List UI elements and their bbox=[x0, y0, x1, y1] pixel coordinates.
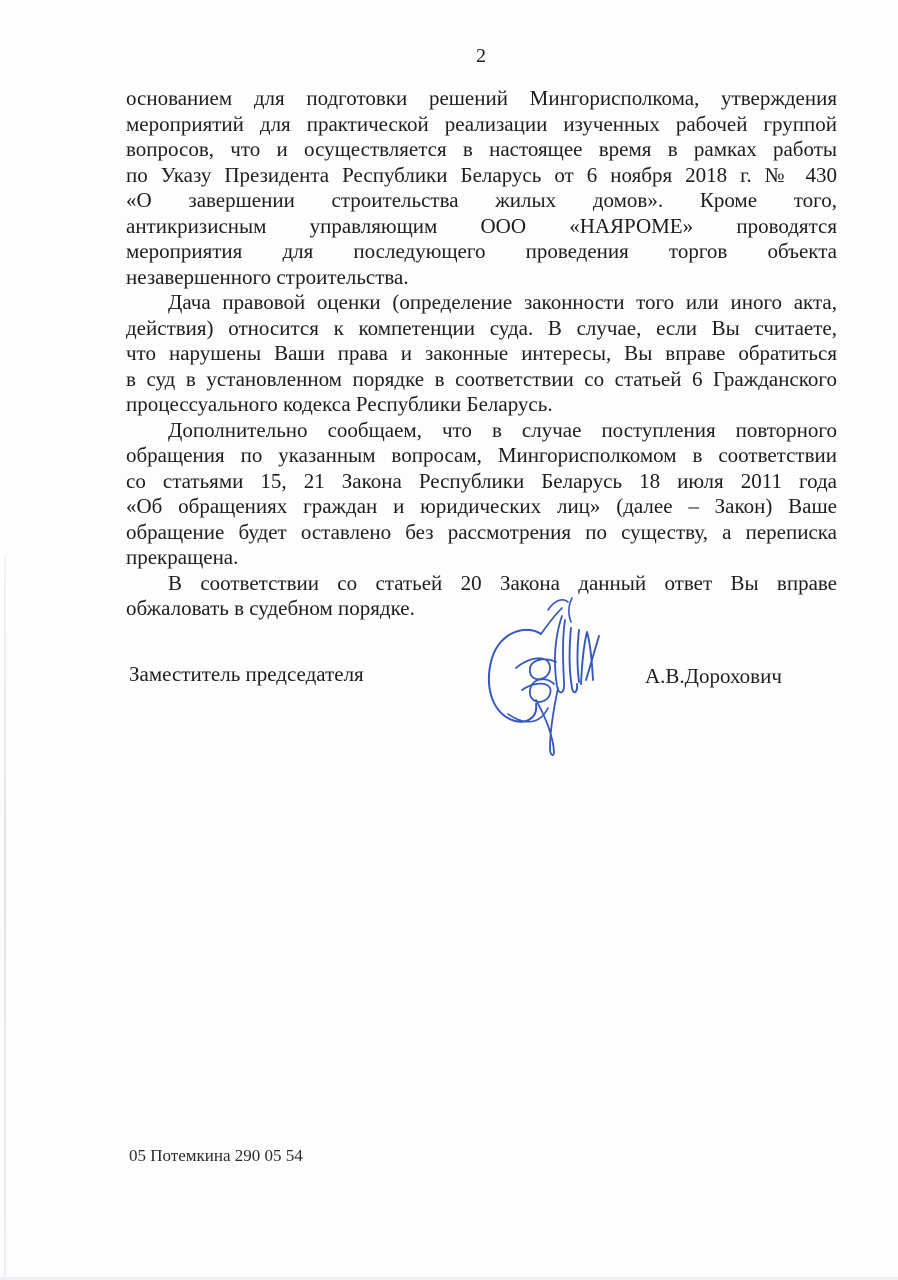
executor-footer-note: 05 Потемкина 290 05 54 bbox=[129, 1146, 303, 1166]
text-line: прекращена. bbox=[126, 545, 837, 571]
text-line: «Об обращениях граждан и юридических лиц… bbox=[126, 494, 837, 520]
text-line: действия) относится к компетенции суда. … bbox=[126, 316, 837, 342]
text-line: обращение будет оставлено без рассмотрен… bbox=[126, 520, 837, 546]
signer-name: А.В.Дорохович bbox=[645, 664, 782, 689]
text-line: Дополнительно сообщаем, что в случае пос… bbox=[126, 418, 837, 444]
text-line: Дача правовой оценки (определение законн… bbox=[126, 290, 837, 316]
scan-artifact-left-edge bbox=[4, 556, 6, 1280]
text-line: основанием для подготовки решений Мингор… bbox=[126, 86, 837, 112]
text-line: антикризисным управляющим ООО «НАЯРОМЕ» … bbox=[126, 214, 837, 240]
text-line: что нарушены Ваши права и законные интер… bbox=[126, 341, 837, 367]
text-line: обращения по указанным вопросам, Мингори… bbox=[126, 443, 837, 469]
handwritten-signature-icon bbox=[478, 596, 608, 766]
page-number: 2 bbox=[126, 45, 837, 68]
text-line: по Указу Президента Республики Беларусь … bbox=[126, 163, 837, 189]
text-line: в суд в установленном порядке в соответс… bbox=[126, 367, 837, 393]
text-line: со статьями 15, 21 Закона Республики Бел… bbox=[126, 469, 837, 495]
paragraph: основанием для подготовки решений Мингор… bbox=[126, 86, 837, 290]
scanned-letter-page: 2 основанием для подготовки решений Минг… bbox=[0, 0, 898, 1280]
letter-body: основанием для подготовки решений Мингор… bbox=[126, 86, 837, 622]
text-line: вопросов, что и осуществляется в настоящ… bbox=[126, 137, 837, 163]
text-line: мероприятий для практической реализации … bbox=[126, 112, 837, 138]
paragraph: Дополнительно сообщаем, что в случае пос… bbox=[126, 418, 837, 571]
text-line: «О завершении строительства жилых домов»… bbox=[126, 188, 837, 214]
text-line: процессуального кодекса Республики Белар… bbox=[126, 392, 837, 418]
signer-position-title: Заместитель председателя bbox=[129, 662, 364, 687]
text-line: мероприятия для последующего проведения … bbox=[126, 239, 837, 265]
paragraph: Дача правовой оценки (определение законн… bbox=[126, 290, 837, 418]
text-line: В соответствии со статьей 20 Закона данн… bbox=[126, 571, 837, 597]
text-line: незавершенного строительства. bbox=[126, 265, 837, 291]
